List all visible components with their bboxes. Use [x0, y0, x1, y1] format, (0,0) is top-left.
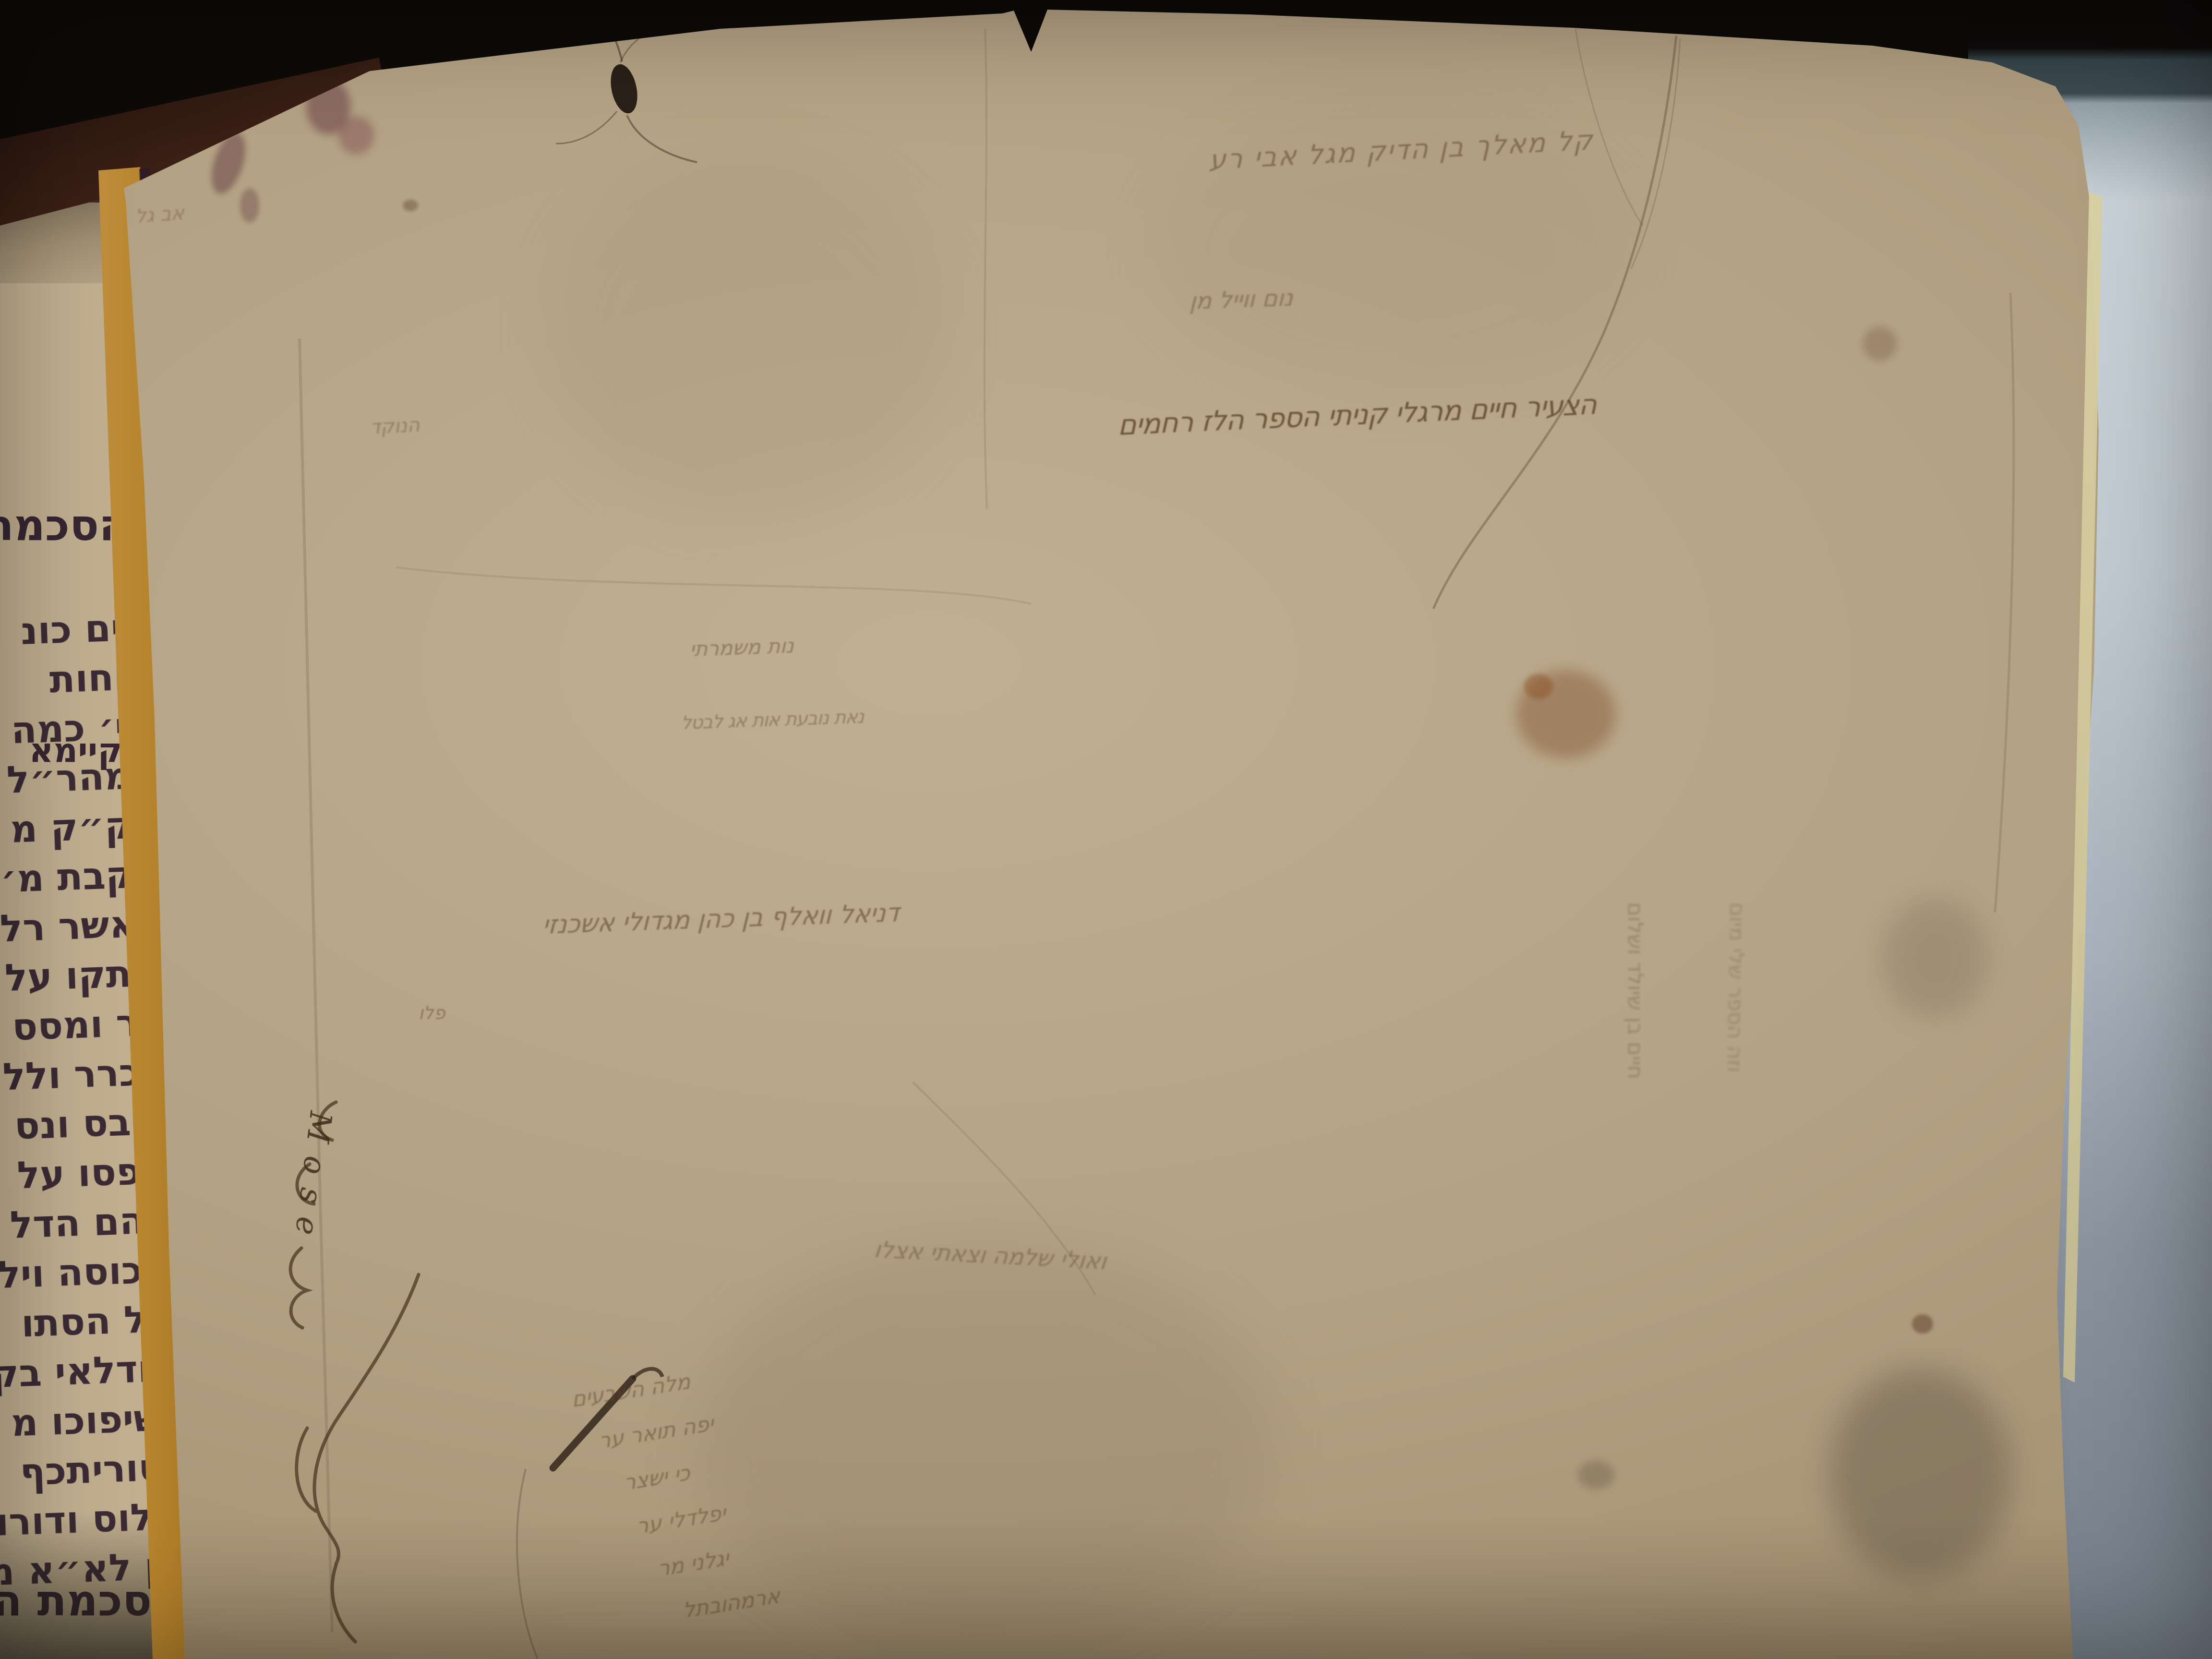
inscription-bottom-center: ואולי שלמה וצאתי אצלו [873, 1236, 1108, 1275]
parchment-flyleaf-page: אב גל קל מאלך בן הדיק מגל אבי רע נום ווי… [0, 0, 2212, 1659]
inscription-mid-left-2: נאת נובעת אות אג לבטל [681, 706, 864, 733]
inscription-small-word: פלו [419, 1002, 445, 1023]
inscription-second-line: נום ווייל מן [1189, 284, 1294, 315]
inscription-top-line: קל מאלך בן הדיק מגל אבי רע [1209, 125, 1595, 176]
inscription-vertical-right-2: וזה הספר שלי מיום [1722, 616, 1755, 1073]
stains-and-creases-svg [0, 0, 2212, 1659]
inscription-side-word: הנוקד [370, 414, 421, 439]
inscription-owner-name-line: דניאל וואלף בן כהן מגדולי אשכנזי [542, 899, 900, 940]
inscription-main-ownership-line: הצעיר חיים מרגלי קניתי הספר הלז רחמים [1118, 388, 1597, 442]
inscription-cluster-bottom-left: מלה השבעיםיפה תואר ערכי ישצריפלדלי עריגל… [535, 1338, 863, 1659]
inscription-vertical-right-1: חיים בן שיולד ושלום [1623, 623, 1647, 1079]
inscription-top-left-faint: אב גל [135, 202, 184, 228]
printed-heading: הסכמת [9, 500, 129, 551]
vertical-latin-signature: Mose [265, 1108, 338, 1319]
photo-of-open-book: אלה הסכמת קיימא סים כונרוחותעי׳ כמהכמהר״… [0, 0, 2212, 1659]
inscription-mid-left-1: נות משמרתי [689, 634, 794, 661]
